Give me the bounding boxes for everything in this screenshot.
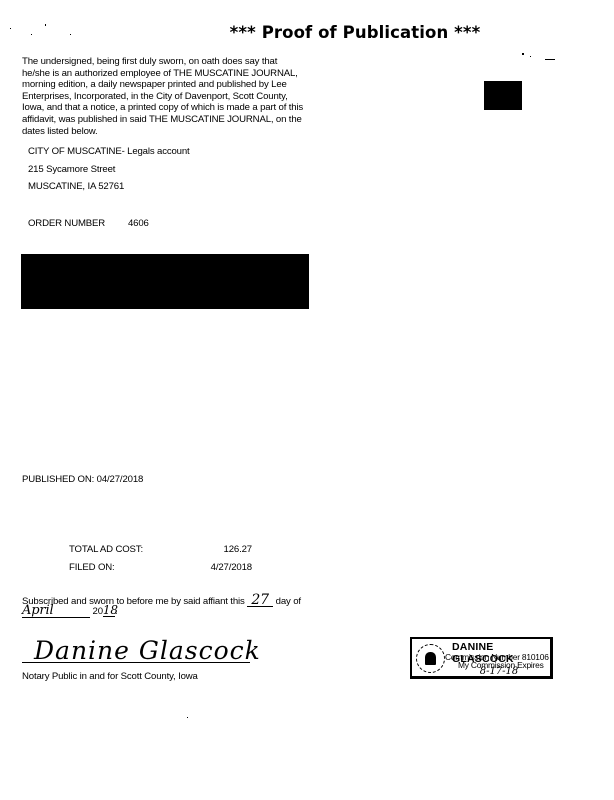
published-on-value: 04/27/2018 — [97, 474, 144, 485]
intro-line: dates listed below. — [22, 126, 332, 138]
scan-speck — [522, 53, 524, 55]
order-number-label: ORDER NUMBER — [28, 218, 105, 229]
oath-year-handwritten: 18 — [103, 605, 115, 617]
oath-day-handwritten: 27 — [247, 595, 273, 607]
customer-name: CITY OF MUSCATINE- Legals account — [28, 146, 190, 157]
filed-on-value: 4/27/2018 — [200, 562, 252, 573]
signature-caption: Notary Public in and for Scott County, I… — [22, 671, 198, 682]
page-title: *** Proof of Publication *** — [0, 23, 614, 42]
filed-on-label: FILED ON: — [69, 562, 115, 573]
oath-year-suffix: . — [115, 606, 118, 617]
oath-text: day of — [276, 596, 301, 607]
notary-signature: Danine Glascock — [34, 636, 261, 665]
signature-line — [22, 662, 250, 663]
intro-line: affidavit, was published in said THE MUS… — [22, 114, 332, 126]
intro-line: Enterprises, Incorporated, in the City o… — [22, 91, 332, 103]
redaction-box — [21, 254, 309, 309]
total-ad-cost-label: TOTAL AD COST: — [69, 544, 143, 555]
notarial-seal-icon — [416, 644, 445, 673]
redaction-box — [484, 81, 522, 110]
intro-line: morning edition, a daily newspaper print… — [22, 79, 332, 91]
intro-line: Iowa, and that a notice, a printed copy … — [22, 102, 332, 114]
scan-speck — [187, 717, 188, 718]
notary-stamp: DANINE GLASCOCK Commission Number 810106… — [410, 637, 553, 679]
published-on: PUBLISHED ON: 04/27/2018 — [22, 474, 143, 485]
customer-city: MUSCATINE, IA 52761 — [28, 181, 124, 192]
oath-month-handwritten: April — [22, 605, 90, 618]
notary-expires-handwritten: 8-17-18 — [460, 667, 538, 679]
scan-speck — [545, 59, 555, 60]
scan-speck — [530, 56, 531, 57]
total-ad-cost-value: 126.27 — [200, 544, 252, 555]
page-title-text: *** Proof of Publication *** — [230, 23, 481, 42]
order-number-value: 4606 — [128, 218, 149, 229]
intro-line: The undersigned, being first duly sworn,… — [22, 56, 332, 68]
customer-street: 215 Sycamore Street — [28, 164, 115, 175]
intro-line: he/she is an authorized employee of THE … — [22, 68, 332, 80]
intro-paragraph: The undersigned, being first duly sworn,… — [22, 56, 332, 137]
oath-year-prefix: 20 — [93, 606, 103, 617]
published-on-label: PUBLISHED ON: — [22, 474, 94, 485]
oath-line-2: April 2018. — [22, 605, 117, 618]
seal-emblem-icon — [425, 652, 436, 665]
